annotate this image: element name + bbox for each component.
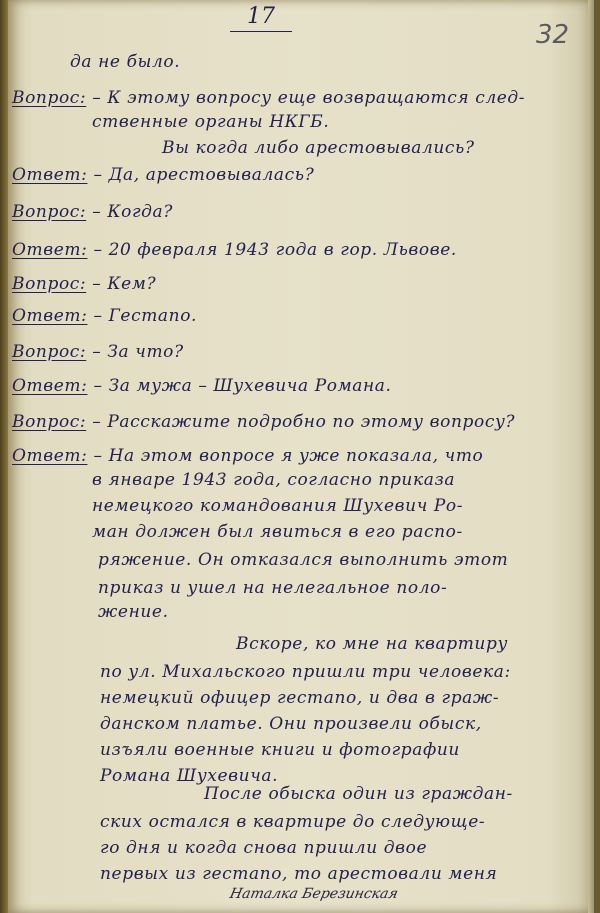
line-text: первых из гестапо, то арестовали меня — [100, 864, 497, 884]
transcript-line: го дня и когда снова пришли двое — [100, 838, 427, 858]
transcript-line: Ответ: – За мужа – Шухевича Романа. — [12, 376, 392, 396]
transcript-line: немецкого командования Шухевич Ро- — [92, 496, 463, 516]
transcript-line: ственные органы НКГБ. — [92, 112, 329, 132]
transcript-line: Ответ: – 20 февраля 1943 года в гор. Льв… — [12, 240, 457, 260]
question-label: Вопрос: — [12, 274, 86, 294]
transcript-line: Вскоре, ко мне на квартиру — [236, 634, 508, 654]
transcript-line: изъяли военные книги и фотографии — [100, 740, 460, 760]
line-text: – 20 февраля 1943 года в гор. Львове. — [87, 240, 456, 260]
line-text: Романа Шухевича. — [100, 766, 278, 786]
line-text: Вскоре, ко мне на квартиру — [236, 634, 508, 654]
line-text: жение. — [98, 602, 169, 622]
transcript-line: первых из гестапо, то арестовали меня — [100, 864, 497, 884]
transcript-line: После обыска один из граждан- — [204, 784, 513, 804]
line-text: – Гестапо. — [87, 306, 197, 326]
document-page: 17 32 да не было.Вопрос: – К этому вопро… — [8, 0, 594, 913]
transcript-line: приказ и ушел на нелегальное поло- — [98, 578, 447, 598]
question-label: Вопрос: — [12, 202, 86, 222]
line-text: в январе 1943 года, согласно приказа — [92, 470, 455, 490]
answer-label: Ответ: — [12, 165, 87, 185]
transcript-line: немецкий офицер гестапо, и два в граж- — [100, 688, 499, 708]
line-text: ских остался в квартире до следующе- — [100, 812, 485, 832]
transcript-line: Вопрос: – Расскажите подробно по этому в… — [12, 412, 515, 432]
folio-number: 32 — [536, 20, 569, 50]
answer-label: Ответ: — [12, 240, 87, 260]
line-text: да не было. — [70, 52, 180, 72]
question-label: Вопрос: — [12, 412, 86, 432]
transcript-line: жение. — [98, 602, 169, 622]
line-text: ственные органы НКГБ. — [92, 112, 329, 132]
transcript-line: Ответ: – Гестапо. — [12, 306, 197, 326]
answer-label: Ответ: — [12, 446, 87, 466]
transcript-line: ряжение. Он отказался выполнить этот — [98, 550, 508, 570]
question-label: Вопрос: — [12, 342, 86, 362]
line-text: данском платье. Они произвели обыск, — [100, 714, 482, 734]
line-text: го дня и когда снова пришли двое — [100, 838, 427, 858]
line-text: ман должен был явиться в его распо- — [92, 522, 463, 542]
transcript-line: по ул. Михальского пришли три человека: — [100, 662, 511, 682]
answer-label: Ответ: — [12, 306, 87, 326]
page-edge — [588, 0, 594, 913]
page-number: 17 — [230, 4, 292, 32]
line-text: изъяли военные книги и фотографии — [100, 740, 460, 760]
transcript-line: Вопрос: – Кем? — [12, 274, 156, 294]
line-text: немецкий офицер гестапо, и два в граж- — [100, 688, 499, 708]
line-text: – Расскажите подробно по этому вопросу? — [86, 412, 515, 432]
line-text: немецкого командования Шухевич Ро- — [92, 496, 463, 516]
line-text: по ул. Михальского пришли три человека: — [100, 662, 511, 682]
line-text: После обыска один из граждан- — [204, 784, 513, 804]
transcript-line: Ответ: – Да, арестовывалась? — [12, 165, 314, 185]
transcript-line: Вы когда либо арестовывались? — [162, 138, 475, 158]
transcript-line: Вопрос: – К этому вопросу еще возвращают… — [12, 88, 525, 108]
answer-label: Ответ: — [12, 376, 87, 396]
question-label: Вопрос: — [12, 88, 86, 108]
book-spine — [0, 0, 8, 913]
line-text: ряжение. Он отказался выполнить этот — [98, 550, 508, 570]
transcript-line: Ответ: – На этом вопросе я уже показала,… — [12, 446, 483, 466]
line-text: приказ и ушел на нелегальное поло- — [98, 578, 447, 598]
line-text: – Когда? — [86, 202, 173, 222]
line-text: – К этому вопросу еще возвращаются след- — [86, 88, 525, 108]
line-text: – За что? — [86, 342, 183, 362]
line-text: – Да, арестовывалась? — [87, 165, 314, 185]
line-text: – На этом вопросе я уже показала, что — [87, 446, 483, 466]
transcript-line: да не было. — [70, 52, 180, 72]
signature: Наталка Березинская — [228, 886, 399, 902]
transcript-line: Романа Шухевича. — [100, 766, 278, 786]
transcript-line: Вопрос: – Когда? — [12, 202, 173, 222]
transcript-line: в январе 1943 года, согласно приказа — [92, 470, 455, 490]
transcript-line: ских остался в квартире до следующе- — [100, 812, 485, 832]
line-text: Вы когда либо арестовывались? — [162, 138, 475, 158]
transcript-line: Вопрос: – За что? — [12, 342, 184, 362]
transcript-line: ман должен был явиться в его распо- — [92, 522, 463, 542]
line-text: – За мужа – Шухевича Романа. — [87, 376, 391, 396]
line-text: – Кем? — [86, 274, 156, 294]
transcript-line: данском платье. Они произвели обыск, — [100, 714, 482, 734]
